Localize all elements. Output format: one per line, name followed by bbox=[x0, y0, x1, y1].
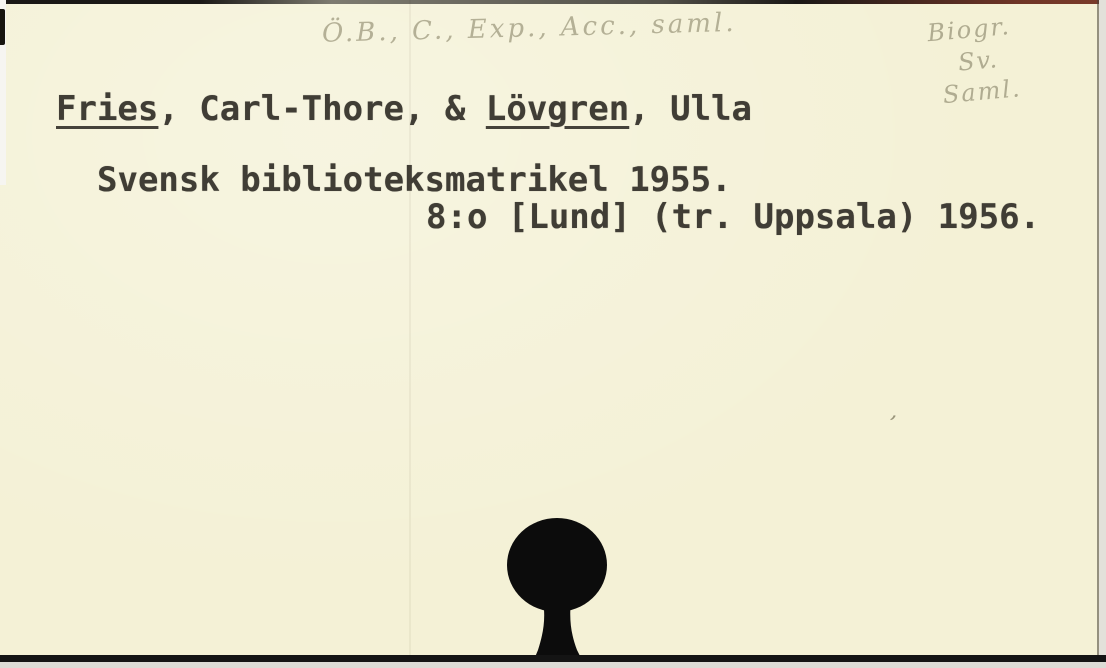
index-card: Ö.B., C., Exp., Acc., saml. Biogr. Sv. S… bbox=[0, 0, 1106, 668]
pencil-accession-note: Ö.B., C., Exp., Acc., saml. bbox=[322, 5, 843, 49]
heading-tail: , Ulla bbox=[629, 89, 752, 129]
author1-surname: Fries bbox=[56, 89, 158, 129]
title-line: Svensk biblioteksmatrikel 1955. bbox=[97, 160, 732, 201]
scan-bottom-margin bbox=[0, 662, 1106, 668]
scan-left-mark bbox=[0, 9, 5, 45]
author-heading: Fries, Carl-Thore, & Lövgren, Ulla bbox=[56, 89, 752, 130]
pencil-speck: ’ bbox=[885, 412, 897, 438]
card-bottom-edge bbox=[0, 655, 1106, 662]
card-top-edge bbox=[0, 0, 1106, 4]
catalog-rod-hole bbox=[497, 512, 617, 668]
card-crease bbox=[409, 0, 411, 668]
scanned-catalog-card: Ö.B., C., Exp., Acc., saml. Biogr. Sv. S… bbox=[0, 0, 1106, 668]
pencil-classification: Biogr. Sv. Saml. bbox=[926, 6, 1074, 113]
author2-surname: Lövgren bbox=[486, 89, 629, 129]
imprint-line: 8:o [Lund] (tr. Uppsala) 1956. bbox=[426, 197, 1040, 238]
heading-middle: , Carl-Thore, & bbox=[158, 89, 486, 129]
scan-right-margin bbox=[1099, 0, 1106, 668]
